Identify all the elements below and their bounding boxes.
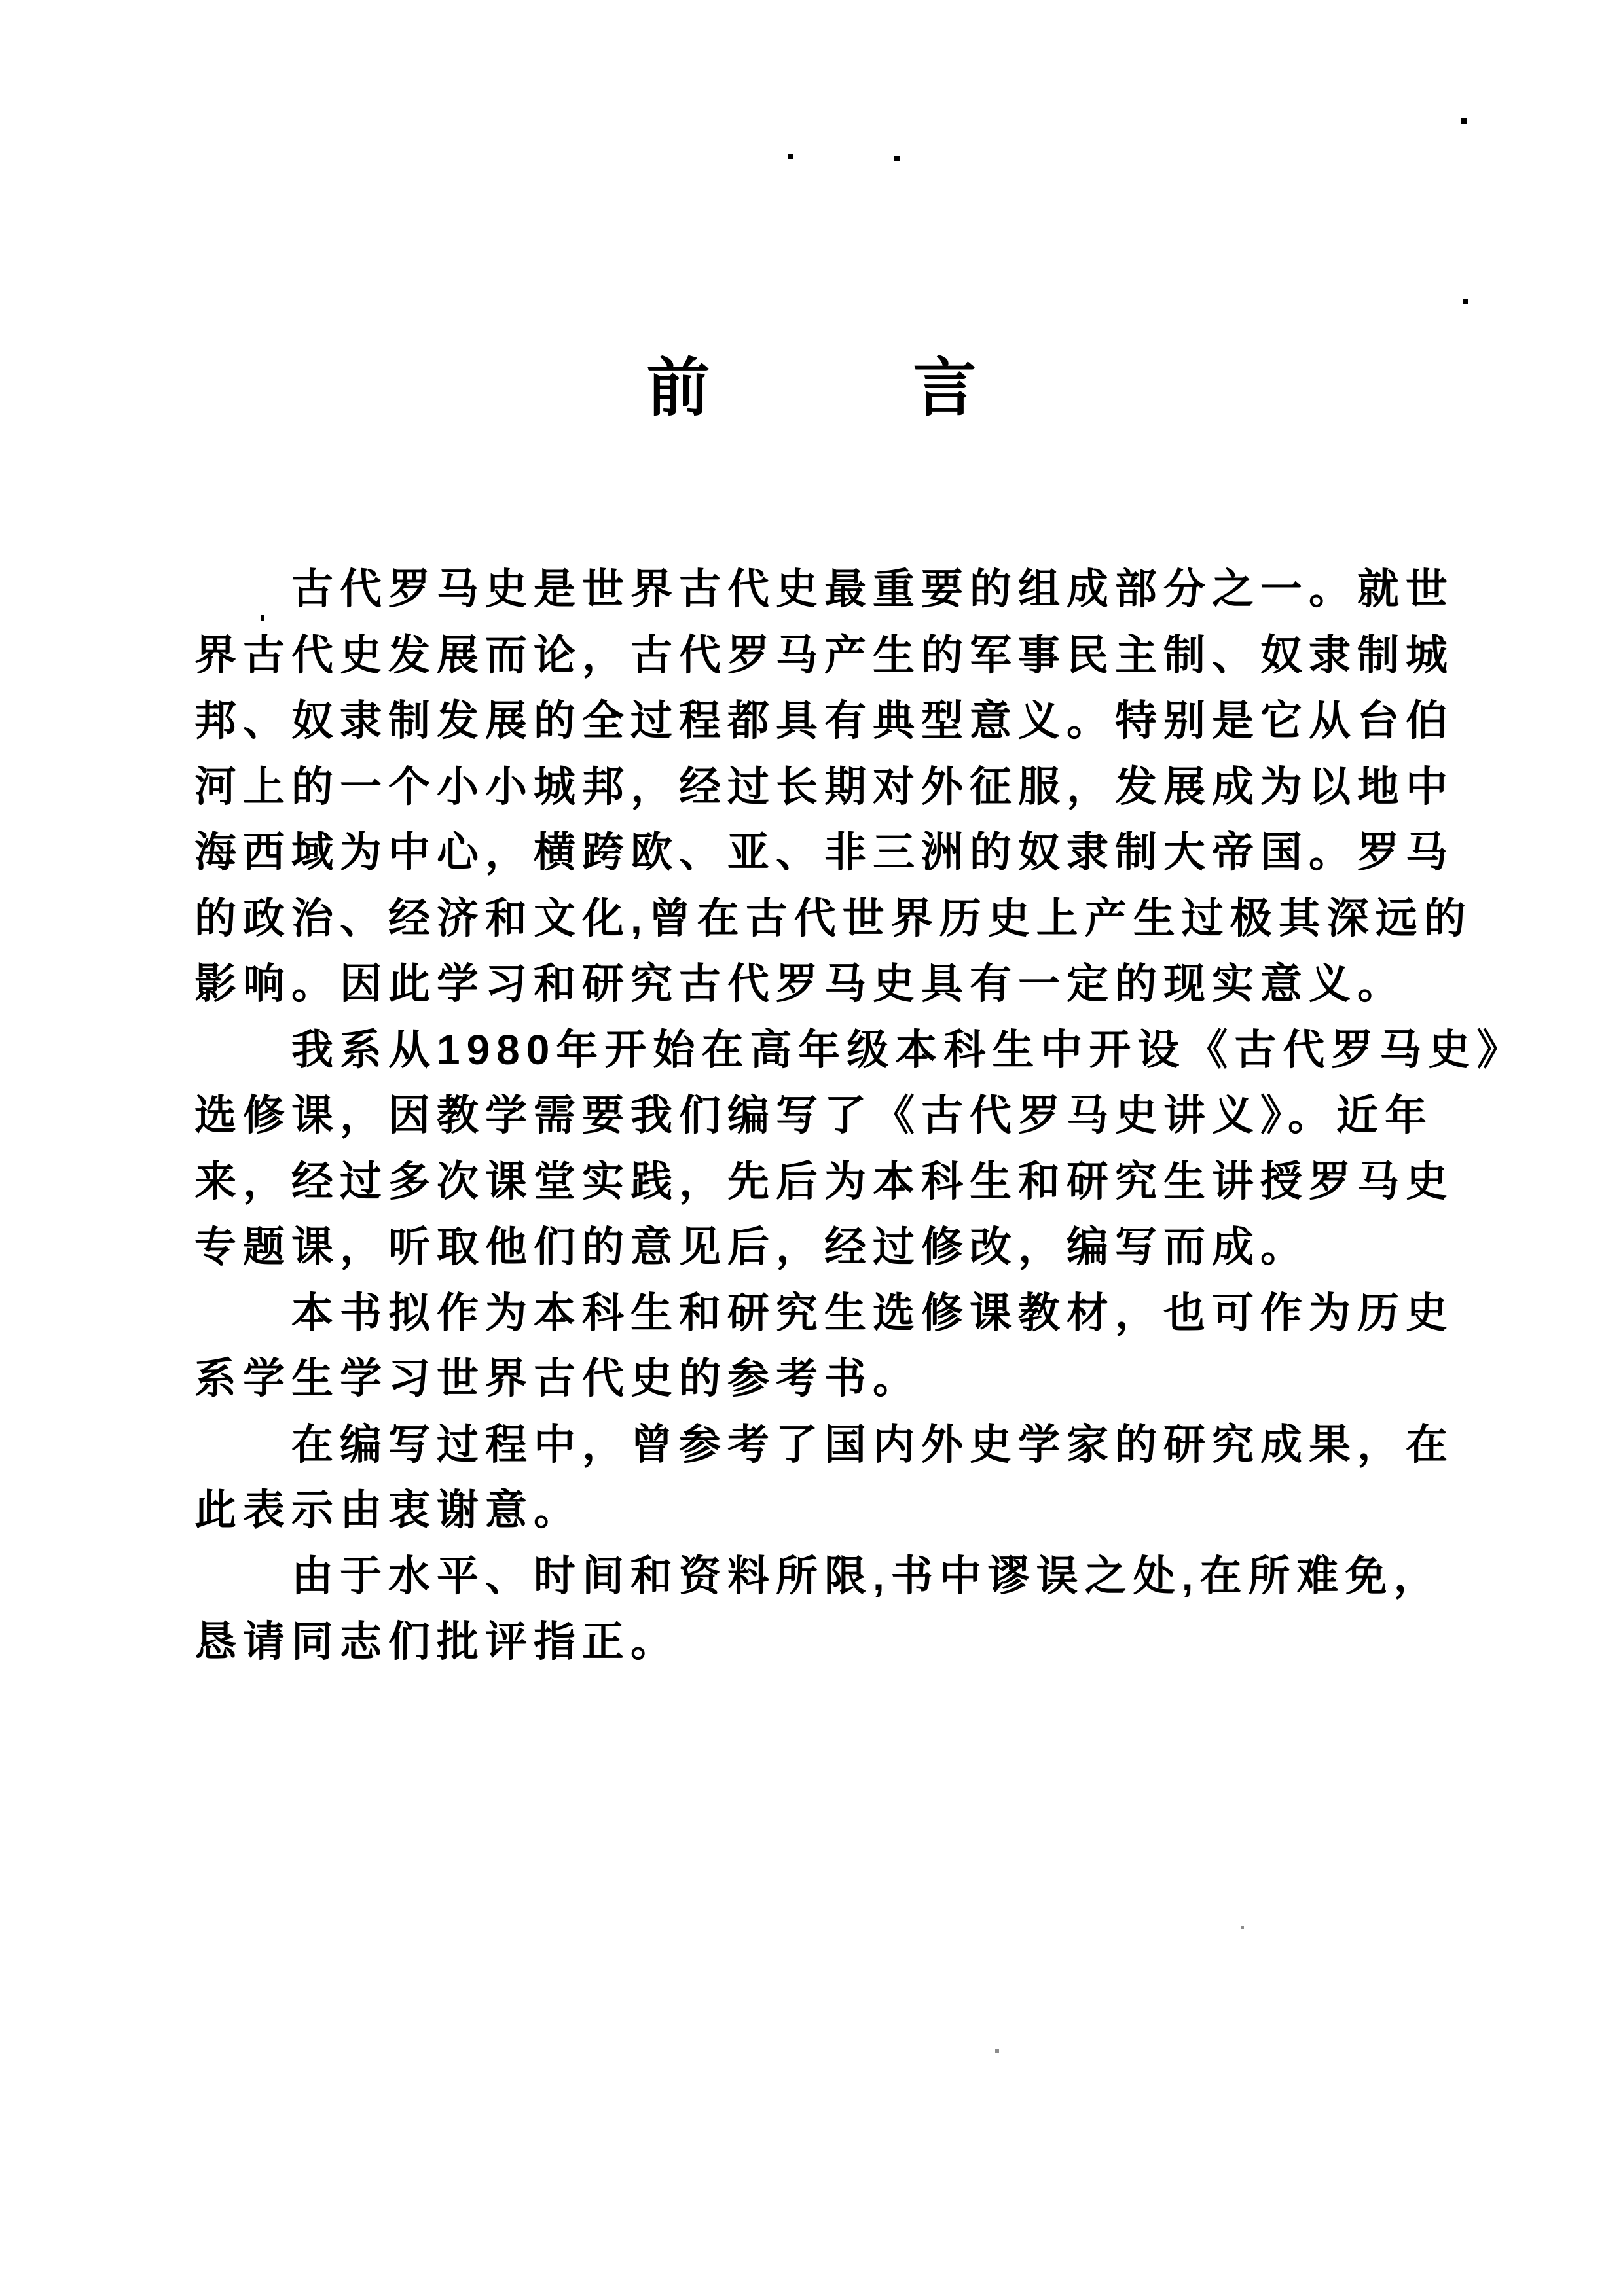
title-char-right: 言 [913,352,977,424]
scan-speck [1463,299,1468,304]
scan-speck [1461,118,1467,124]
text-line: 界古代史发展而论，古代罗马产生的军事民主制、奴隶制城 [194,622,1478,689]
scan-speck [894,156,900,161]
scan-speck [1241,1926,1244,1929]
scan-speck [261,615,264,621]
text-line: 恳请同志们批评指正。 [194,1609,1478,1675]
text-line: 在编写过程中，曾参考了国内外史学家的研究成果，在 [194,1412,1478,1478]
scan-speck [788,154,793,159]
preface-body: 古代罗马史是世界古代史最重要的组成部分之一。就世 界古代史发展而论，古代罗马产生… [194,556,1478,1675]
text-line: 选修课，因教学需要我们编写了《古代罗马史讲义》。近年 [194,1083,1478,1149]
text-line: 系学生学习世界古代史的参考书。 [194,1346,1478,1412]
text-line: 古代罗马史是世界古代史最重要的组成部分之一。就世 [194,556,1478,622]
text-line: 影响。因此学习和研究古代罗马史具有一定的现实意义。 [194,951,1478,1017]
text-line: 邦、奴隶制发展的全过程都具有典型意义。特别是它从台伯 [194,688,1478,754]
page-title: 前 言 [0,352,1623,424]
text-line: 的政治、经济和文化,曾在古代世界历史上产生过极其深远的 [194,886,1478,952]
text-line: 专题课，听取他们的意见后，经过修改，编写而成。 [194,1214,1478,1280]
scan-speck [995,2049,999,2053]
text-line: 来，经过多次课堂实践，先后为本科生和研究生讲授罗马史 [194,1149,1478,1215]
text-line: 本书拟作为本科生和研究生选修课教材，也可作为历史 [194,1280,1478,1346]
text-line: 海西域为中心，横跨欧、亚、非三洲的奴隶制大帝国。罗马 [194,819,1478,886]
title-char-left: 前 [647,352,710,424]
scanned-book-page: 前 言 古代罗马史是世界古代史最重要的组成部分之一。就世 界古代史发展而论，古代… [0,0,1623,2296]
text-line: 我系从1980年开始在高年级本科生中开设《古代罗马史》 [194,1017,1478,1083]
text-line: 河上的一个小小城邦，经过长期对外征服，发展成为以地中 [194,754,1478,820]
text-line: 由于水平、时间和资料所限,书中谬误之处,在所难免， [194,1543,1478,1609]
text-line: 此表示由衷谢意。 [194,1477,1478,1543]
